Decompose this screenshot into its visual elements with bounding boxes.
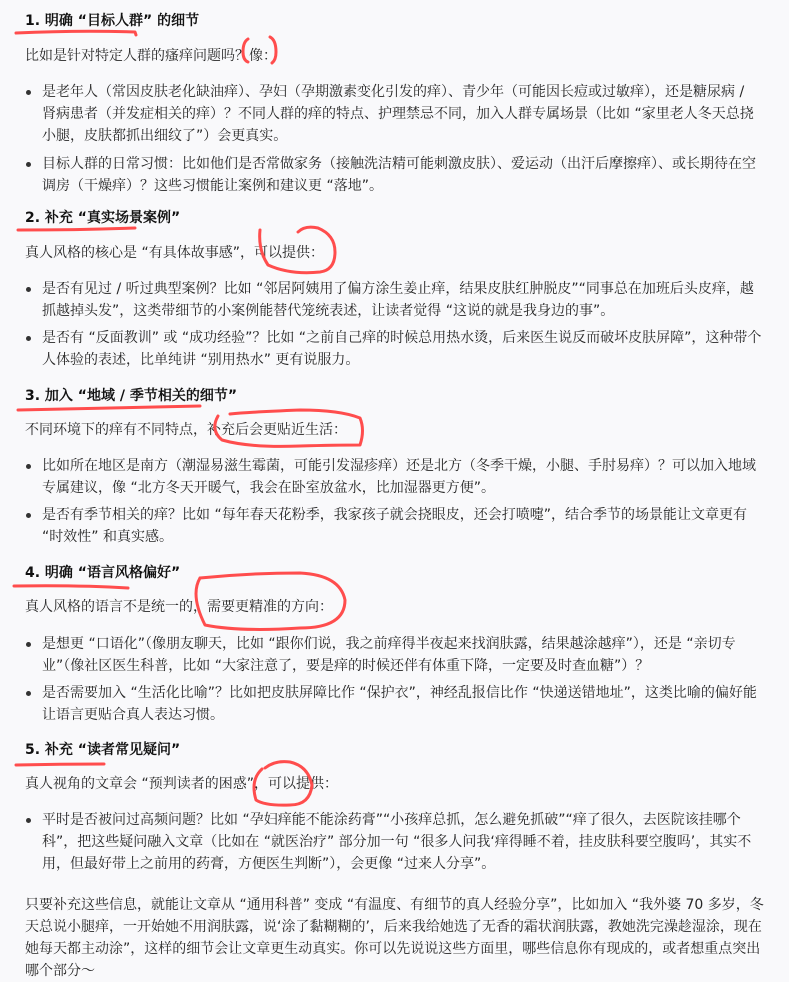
underline-section-5 bbox=[16, 764, 104, 765]
section-1-title: 1. 明确 “目标人群” 的细节 bbox=[25, 10, 199, 30]
section-4-title: 4. 明确 “语言风格偏好” bbox=[25, 562, 180, 582]
section-4-intro: 真人风格的语言不是统一的，需要更精准的方向： bbox=[25, 596, 333, 616]
section-1-bullet-1: 是老年人（常因皮肤老化缺油痒）、孕妇（孕期激素变化引发的痒）、青少年（可能因长痘… bbox=[42, 81, 762, 147]
section-5-bullet-1: 平时是否被问过高频问题？比如 “孕妇痒能不能涂药膏”“小孩痒总抓，怎么避免抓破”… bbox=[42, 809, 762, 875]
underline-section-4 bbox=[14, 586, 128, 588]
section-3-intro: 不同环境下的痒有不同特点，补充后会更贴近生活： bbox=[25, 419, 347, 439]
underline-section-1 bbox=[16, 31, 136, 35]
section-1-bullet-2: 目标人群的日常习惯：比如他们是否常做家务（接触洗洁精可能刺激皮肤）、爱运动（出汗… bbox=[42, 153, 762, 197]
section-5-intro: 真人视角的文章会 “预判读者的困惑”，可以提供： bbox=[25, 773, 338, 793]
section-5-title: 5. 补充 “读者常见疑问” bbox=[25, 739, 180, 759]
section-2-bullet-2: 是否有 “反面教训” 或 “成功经验”？比如 “之前自己痒的时候总用热水烫，后来… bbox=[42, 327, 762, 371]
section-1-intro: 比如是针对特定人群的瘙痒问题吗？像： bbox=[25, 45, 277, 65]
conclusion-paragraph: 只要补充这些信息，就能让文章从 “通用科普” 变成 “有温度、有细节的真人经验分… bbox=[25, 894, 770, 982]
section-2-intro: 真人风格的核心是 “有具体故事感”，可以提供： bbox=[25, 242, 324, 262]
underline-section-3 bbox=[18, 406, 200, 410]
underline-section-2 bbox=[18, 228, 135, 230]
section-4-bullet-2: 是否需要加入 “生活化比喻”？比如把皮肤屏障比作 “保护衣”，神经乱报信比作 “… bbox=[42, 682, 762, 726]
section-2-title: 2. 补充 “真实场景案例” bbox=[25, 207, 180, 227]
section-4-bullet-1: 是想更 “口语化”（像朋友聊天，比如 “跟你们说，我之前痒得半夜起来找润肤露，结… bbox=[42, 633, 762, 677]
section-2-bullet-1: 是否有见过 / 听过典型案例？比如 “邻居阿姨用了偏方涂生姜止痒，结果皮肤红肿脱… bbox=[42, 278, 762, 322]
section-3-title: 3. 加入 “地域 / 季节相关的细节” bbox=[25, 385, 237, 405]
section-3-bullet-2: 是否有季节相关的痒？比如 “每年春天花粉季，我家孩子就会挠眼皮，还会打喷嚏”，结… bbox=[42, 504, 762, 548]
section-3-bullet-1: 比如所在地区是南方（潮湿易滋生霉菌，可能引发湿疹痒）还是北方（冬季干燥，小腿、手… bbox=[42, 455, 762, 499]
